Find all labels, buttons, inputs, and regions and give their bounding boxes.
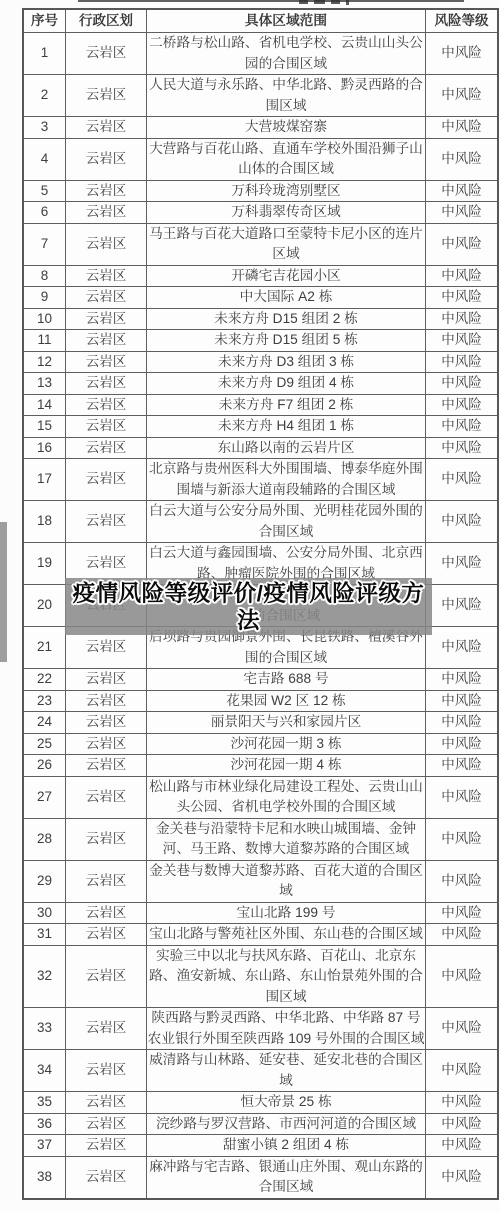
cell-district: 云岩区 (66, 202, 147, 224)
cell-region: 大营路与百花山路、直通车学校外围沿狮子山山体的合围区域 (147, 138, 426, 180)
cell-region: 威清路与山林路、延安巷、延安北巷的合围区域 (147, 1050, 426, 1092)
header-serial-number: 序号 (23, 9, 66, 33)
cell-risk-level: 中风险 (426, 180, 499, 202)
cell-risk-level: 中风险 (426, 202, 499, 224)
cell-serial-number: 32 (23, 945, 66, 1008)
cell-risk-level: 中风险 (426, 924, 499, 946)
cell-district: 云岩区 (66, 265, 147, 287)
cell-region: 大营坡煤窑寨 (147, 117, 426, 139)
cell-serial-number: 3 (23, 117, 66, 139)
cropped-caption-rule (78, 0, 464, 2)
cell-district: 云岩区 (66, 1008, 147, 1050)
cell-serial-number: 17 (23, 459, 66, 501)
cell-region: 未来方舟 F7 组团 2 栋 (147, 394, 426, 416)
cell-region: 沙河花园一期 3 栋 (147, 733, 426, 755)
table-row: 11云岩区未来方舟 D15 组团 5 栋中风险 (23, 330, 498, 352)
cell-district: 云岩区 (66, 860, 147, 902)
cell-district: 云岩区 (66, 416, 147, 438)
cell-district: 云岩区 (66, 712, 147, 734)
cell-region: 马王路与百花大道路口至蒙特卡尼小区的连片区域 (147, 223, 426, 265)
header-district: 行政区划 (66, 9, 147, 33)
table-row: 38云岩区麻冲路与宅吉路、银通山庄外围、观山东路的合围区域中风险 (23, 1156, 498, 1199)
cell-serial-number: 6 (23, 202, 66, 224)
cell-region: 麻冲路与宅吉路、银通山庄外围、观山东路的合围区域 (147, 1156, 426, 1199)
cell-serial-number: 10 (23, 308, 66, 330)
cell-risk-level: 中风险 (426, 287, 499, 309)
cell-risk-level: 中风险 (426, 945, 499, 1008)
cell-district: 云岩区 (66, 33, 147, 75)
table-row: 2云岩区人民大道与永乐路、中华北路、黔灵西路的合围区域中风险 (23, 75, 498, 117)
cell-serial-number: 19 (23, 543, 66, 585)
cell-district: 云岩区 (66, 690, 147, 712)
cell-serial-number: 18 (23, 501, 66, 543)
cell-risk-level: 中风险 (426, 669, 499, 691)
cell-district: 云岩区 (66, 1092, 147, 1114)
cell-risk-level: 中风险 (426, 1156, 499, 1199)
watermark-title-line1: 疫情风险等级评价/疫情风险评级方 (73, 580, 425, 607)
cell-serial-number: 26 (23, 755, 66, 777)
table-header: 序号 行政区划 具体区域范围 风险等级 (23, 9, 498, 33)
cell-district: 云岩区 (66, 1050, 147, 1092)
cell-risk-level: 中风险 (426, 75, 499, 117)
cell-region: 宝山北路 199 号 (147, 902, 426, 924)
cell-serial-number: 25 (23, 733, 66, 755)
header-row: 序号 行政区划 具体区域范围 风险等级 (23, 9, 498, 33)
cell-region: 未来方舟 D15 组团 5 栋 (147, 330, 426, 352)
cell-region: 白云大道与公安分局外围、光明桂花园外围的合围区域 (147, 501, 426, 543)
cell-serial-number: 2 (23, 75, 66, 117)
cell-region: 宝山北路与警苑社区外围、东山巷的合围区域 (147, 924, 426, 946)
cell-district: 云岩区 (66, 437, 147, 459)
cell-region: 金关巷与数博大道黎苏路、百花大道的合围区域 (147, 860, 426, 902)
cell-serial-number: 29 (23, 860, 66, 902)
table-row: 8云岩区开磷宅吉花园小区中风险 (23, 265, 498, 287)
table-row: 22云岩区宅吉路 688 号中风险 (23, 669, 498, 691)
cell-serial-number: 4 (23, 138, 66, 180)
cell-region: 丽景阳天与兴和家园片区 (147, 712, 426, 734)
clipped-text-fragment (314, 0, 325, 4)
table-row: 5云岩区万科玲珑湾别墅区中风险 (23, 180, 498, 202)
header-risk-level: 风险等级 (426, 9, 499, 33)
cell-region: 松山路与市林业绿化局建设工程处、云贵山山头公园、省机电学校外围的合围区域 (147, 776, 426, 818)
cell-region: 二桥路与松山路、省机电学校、云贵山山头公园的合围区域 (147, 33, 426, 75)
table-row: 29云岩区金关巷与数博大道黎苏路、百花大道的合围区域中风险 (23, 860, 498, 902)
table-row: 7云岩区马王路与百花大道路口至蒙特卡尼小区的连片区域中风险 (23, 223, 498, 265)
cell-district: 云岩区 (66, 818, 147, 860)
cell-district: 云岩区 (66, 733, 147, 755)
cell-region: 未来方舟 D9 组团 4 栋 (147, 373, 426, 395)
cell-risk-level: 中风险 (426, 416, 499, 438)
cell-district: 云岩区 (66, 287, 147, 309)
cell-risk-level: 中风险 (426, 776, 499, 818)
cell-district: 云岩区 (66, 776, 147, 818)
table-row: 18云岩区白云大道与公安分局外围、光明桂花园外围的合围区域中风险 (23, 501, 498, 543)
cell-risk-level: 中风险 (426, 585, 499, 627)
cell-serial-number: 12 (23, 351, 66, 373)
cell-risk-level: 中风险 (426, 351, 499, 373)
cell-region: 金关巷与沿蒙特卡尼和水映山城围墙、金钟河、马王路、数博大道黎苏路的合围区域 (147, 818, 426, 860)
cell-district: 云岩区 (66, 351, 147, 373)
cell-region: 万科翡翠传奇区域 (147, 202, 426, 224)
cell-region: 甜蜜小镇 2 组团 4 栋 (147, 1135, 426, 1157)
clipped-text-fragment (331, 0, 340, 4)
cell-region: 花果园 W2 区 12 栋 (147, 690, 426, 712)
table-row: 36云岩区浣纱路与罗汉营路、市西河河道的合围区域中风险 (23, 1113, 498, 1135)
table-row: 34云岩区威清路与山林路、延安巷、延安北巷的合围区域中风险 (23, 1050, 498, 1092)
cell-risk-level: 中风险 (426, 755, 499, 777)
table-row: 35云岩区恒大帝景 25 栋中风险 (23, 1092, 498, 1114)
cell-serial-number: 28 (23, 818, 66, 860)
cell-district: 云岩区 (66, 117, 147, 139)
cell-risk-level: 中风险 (426, 33, 499, 75)
cell-serial-number: 7 (23, 223, 66, 265)
cell-serial-number: 22 (23, 669, 66, 691)
cell-risk-level: 中风险 (426, 223, 499, 265)
table-row: 33云岩区陕西路与黔灵西路、中华北路、中华路 87 号农业银行外围至陕西路 10… (23, 1008, 498, 1050)
cell-risk-level: 中风险 (426, 860, 499, 902)
cell-risk-level: 中风险 (426, 543, 499, 585)
cell-district: 云岩区 (66, 330, 147, 352)
table-row: 15云岩区未来方舟 H4 组团 1 栋中风险 (23, 416, 498, 438)
table-row: 12云岩区未来方舟 D3 组团 3 栋中风险 (23, 351, 498, 373)
cell-serial-number: 21 (23, 627, 66, 669)
cell-serial-number: 31 (23, 924, 66, 946)
cell-serial-number: 11 (23, 330, 66, 352)
cell-district: 云岩区 (66, 180, 147, 202)
cell-district: 云岩区 (66, 75, 147, 117)
cell-region: 未来方舟 D15 组团 2 栋 (147, 308, 426, 330)
cell-serial-number: 14 (23, 394, 66, 416)
cell-risk-level: 中风险 (426, 330, 499, 352)
table-row: 25云岩区沙河花园一期 3 栋中风险 (23, 733, 498, 755)
cell-serial-number: 35 (23, 1092, 66, 1114)
table-row: 37云岩区甜蜜小镇 2 组团 4 栋中风险 (23, 1135, 498, 1157)
table-row: 6云岩区万科翡翠传奇区域中风险 (23, 202, 498, 224)
cell-risk-level: 中风险 (426, 394, 499, 416)
cell-risk-level: 中风险 (426, 690, 499, 712)
cell-serial-number: 8 (23, 265, 66, 287)
cell-serial-number: 9 (23, 287, 66, 309)
cell-risk-level: 中风险 (426, 1008, 499, 1050)
cell-risk-level: 中风险 (426, 308, 499, 330)
cell-risk-level: 中风险 (426, 437, 499, 459)
table-row: 27云岩区松山路与市林业绿化局建设工程处、云贵山山头公园、省机电学校外围的合围区… (23, 776, 498, 818)
cell-risk-level: 中风险 (426, 459, 499, 501)
cell-region: 未来方舟 H4 组团 1 栋 (147, 416, 426, 438)
table-row: 24云岩区丽景阳天与兴和家园片区中风险 (23, 712, 498, 734)
cell-risk-level: 中风险 (426, 1113, 499, 1135)
cell-district: 云岩区 (66, 308, 147, 330)
cell-region: 实验三中以北与扶风东路、百花山、北京东路、渔安新城、东山路、东山怡景苑外围的合围… (147, 945, 426, 1008)
cell-region: 北京路与贵州医科大外围围墙、博泰华庭外围围墙与新添大道南段辅路的合围区域 (147, 459, 426, 501)
cell-risk-level: 中风险 (426, 627, 499, 669)
header-region: 具体区域范围 (147, 9, 426, 33)
cell-serial-number: 23 (23, 690, 66, 712)
cell-serial-number: 38 (23, 1156, 66, 1199)
table-row: 13云岩区未来方舟 D9 组团 4 栋中风险 (23, 373, 498, 395)
clipped-text-fragment (299, 0, 308, 4)
cell-district: 云岩区 (66, 1113, 147, 1135)
cell-region: 万科玲珑湾别墅区 (147, 180, 426, 202)
cell-risk-level: 中风险 (426, 733, 499, 755)
cell-district: 云岩区 (66, 1156, 147, 1199)
cell-risk-level: 中风险 (426, 1050, 499, 1092)
cell-region: 宅吉路 688 号 (147, 669, 426, 691)
cell-serial-number: 36 (23, 1113, 66, 1135)
cell-risk-level: 中风险 (426, 373, 499, 395)
cell-serial-number: 37 (23, 1135, 66, 1157)
table-row: 31云岩区宝山北路与警苑社区外围、东山巷的合围区域中风险 (23, 924, 498, 946)
table-row: 16云岩区东山路以南的云岩片区中风险 (23, 437, 498, 459)
cell-region: 陕西路与黔灵西路、中华北路、中华路 87 号农业银行外围至陕西路 109 号外围… (147, 1008, 426, 1050)
table-row: 3云岩区大营坡煤窑寨中风险 (23, 117, 498, 139)
watermark-title-line2: 法 (237, 607, 260, 634)
cell-region: 沙河花园一期 4 栋 (147, 755, 426, 777)
cell-risk-level: 中风险 (426, 265, 499, 287)
cell-district: 云岩区 (66, 223, 147, 265)
cell-district: 云岩区 (66, 669, 147, 691)
photo-edge-shadow (0, 522, 7, 662)
cell-district: 云岩区 (66, 924, 147, 946)
cell-region: 人民大道与永乐路、中华北路、黔灵西路的合围区域 (147, 75, 426, 117)
cell-region: 中大国际 A2 栋 (147, 287, 426, 309)
cell-serial-number: 13 (23, 373, 66, 395)
cell-serial-number: 33 (23, 1008, 66, 1050)
cell-region: 东山路以南的云岩片区 (147, 437, 426, 459)
watermark-overlay: 疫情风险等级评价/疫情风险评级方 法 (65, 578, 432, 635)
cell-district: 云岩区 (66, 394, 147, 416)
cell-district: 云岩区 (66, 755, 147, 777)
cell-risk-level: 中风险 (426, 712, 499, 734)
cell-serial-number: 27 (23, 776, 66, 818)
cell-serial-number: 16 (23, 437, 66, 459)
cell-risk-level: 中风险 (426, 818, 499, 860)
table-row: 28云岩区金关巷与沿蒙特卡尼和水映山城围墙、金钟河、马王路、数博大道黎苏路的合围… (23, 818, 498, 860)
table-row: 30云岩区宝山北路 199 号中风险 (23, 902, 498, 924)
table-row: 4云岩区大营路与百花山路、直通车学校外围沿狮子山山体的合围区域中风险 (23, 138, 498, 180)
cell-region: 开磷宅吉花园小区 (147, 265, 426, 287)
cell-risk-level: 中风险 (426, 1092, 499, 1114)
cell-serial-number: 5 (23, 180, 66, 202)
cell-risk-level: 中风险 (426, 1135, 499, 1157)
cell-serial-number: 30 (23, 902, 66, 924)
cell-district: 云岩区 (66, 373, 147, 395)
cell-serial-number: 34 (23, 1050, 66, 1092)
cell-serial-number: 1 (23, 33, 66, 75)
cell-risk-level: 中风险 (426, 902, 499, 924)
cell-district: 云岩区 (66, 945, 147, 1008)
cell-district: 云岩区 (66, 902, 147, 924)
cell-serial-number: 15 (23, 416, 66, 438)
cell-district: 云岩区 (66, 138, 147, 180)
table-row: 32云岩区实验三中以北与扶风东路、百花山、北京东路、渔安新城、东山路、东山怡景苑… (23, 945, 498, 1008)
cell-risk-level: 中风险 (426, 501, 499, 543)
cell-district: 云岩区 (66, 501, 147, 543)
cell-district: 云岩区 (66, 459, 147, 501)
cell-region: 浣纱路与罗汉营路、市西河河道的合围区域 (147, 1113, 426, 1135)
cell-region: 恒大帝景 25 栋 (147, 1092, 426, 1114)
cell-serial-number: 20 (23, 585, 66, 627)
cell-risk-level: 中风险 (426, 138, 499, 180)
table-row: 14云岩区未来方舟 F7 组团 2 栋中风险 (23, 394, 498, 416)
table-row: 10云岩区未来方舟 D15 组团 2 栋中风险 (23, 308, 498, 330)
table-row: 1云岩区二桥路与松山路、省机电学校、云贵山山头公园的合围区域中风险 (23, 33, 498, 75)
screenshot-root: 序号 行政区划 具体区域范围 风险等级 1云岩区二桥路与松山路、省机电学校、云贵… (0, 0, 500, 1211)
cell-region: 未来方舟 D3 组团 3 栋 (147, 351, 426, 373)
table-row: 23云岩区花果园 W2 区 12 栋中风险 (23, 690, 498, 712)
cell-serial-number: 24 (23, 712, 66, 734)
table-row: 17云岩区北京路与贵州医科大外围围墙、博泰华庭外围围墙与新添大道南段辅路的合围区… (23, 459, 498, 501)
cell-district: 云岩区 (66, 1135, 147, 1157)
table-row: 9云岩区中大国际 A2 栋中风险 (23, 287, 498, 309)
cell-risk-level: 中风险 (426, 117, 499, 139)
clipped-text-fragment (346, 0, 349, 5)
table-row: 26云岩区沙河花园一期 4 栋中风险 (23, 755, 498, 777)
